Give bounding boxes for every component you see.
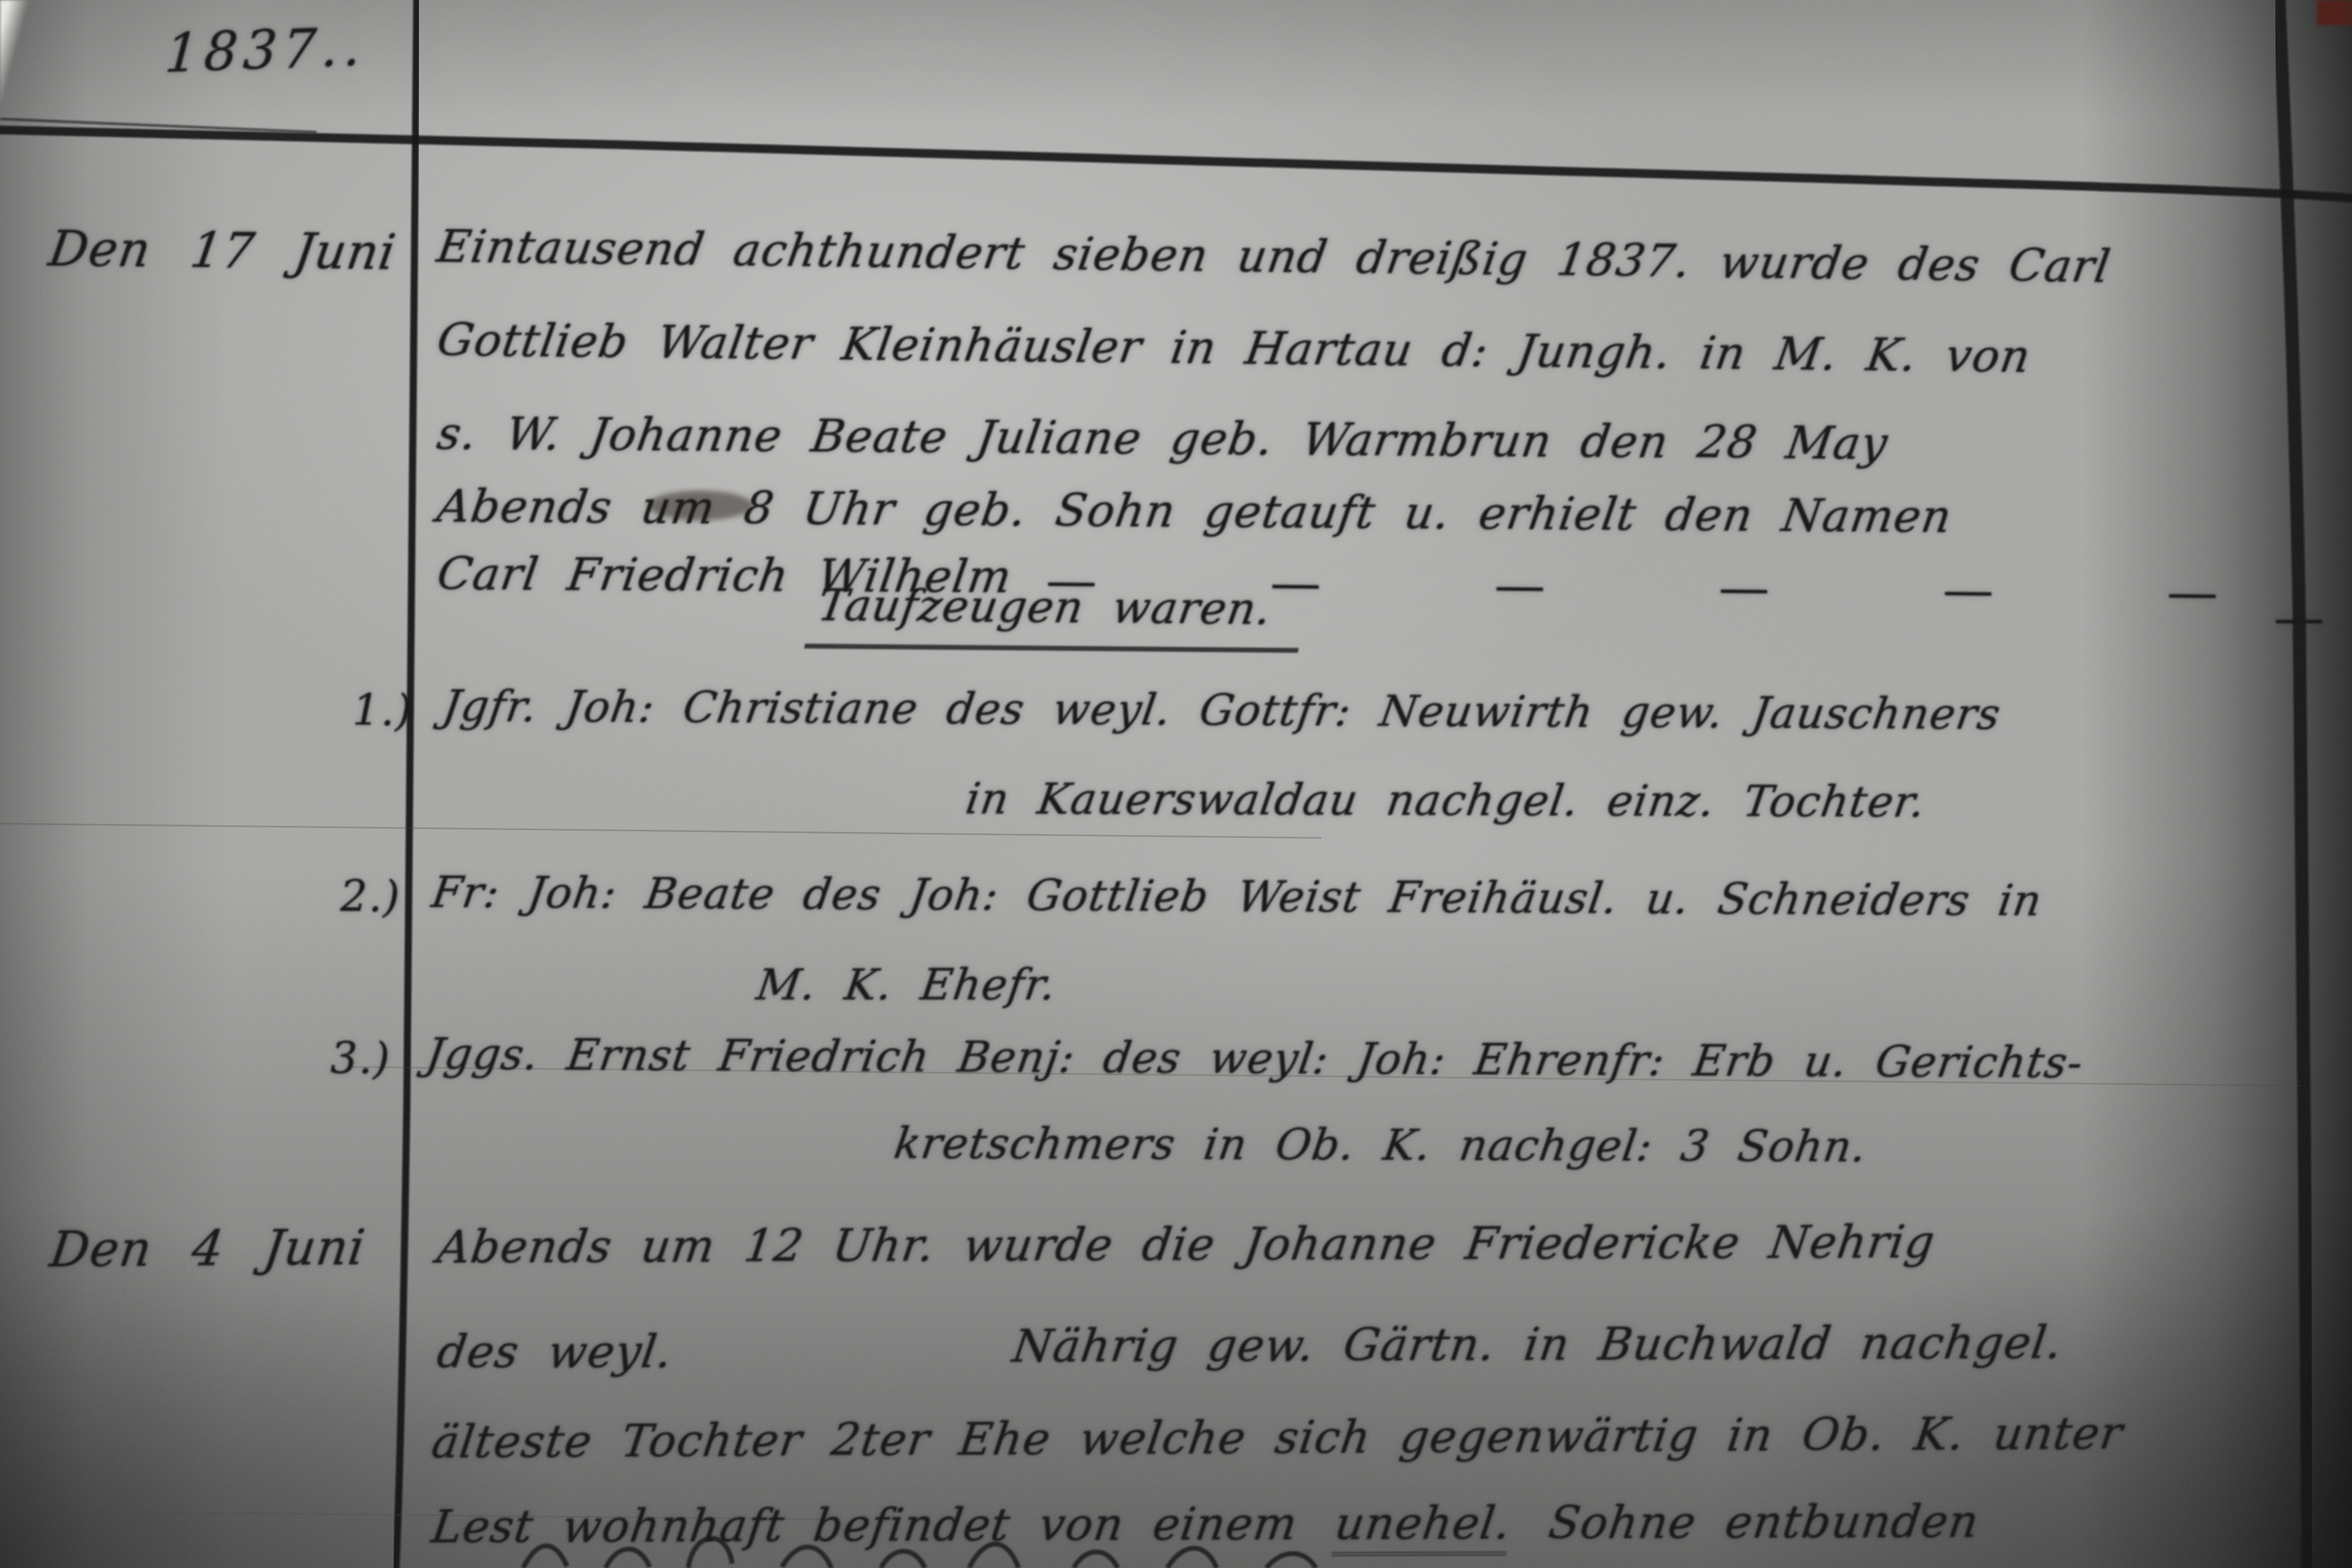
column-divider-rule <box>396 0 417 1568</box>
year-heading: 1837.. <box>163 16 368 85</box>
witness2-line1: Fr: Joh: Beate des Joh: Gottlieb Weist F… <box>428 868 2045 925</box>
witness3-line2: kretschmers in Ob. K. nachgel: 3 Sohn. <box>891 1119 1870 1172</box>
entry2-line4-post: Sohne entbunden <box>1545 1495 1983 1549</box>
entry2-line4-underlined-word: unehel. <box>1331 1497 1515 1556</box>
entry2-line3: älteste Tochter 2ter Ehe welche sich geg… <box>429 1407 2126 1468</box>
register-page-photo: 1837.. Den 17 Juni Eintausend achthunder… <box>0 0 2352 1568</box>
faint-guide-line <box>0 824 1321 838</box>
entry1-line2: Gottlieb Walter Kleinhäusler in Hartau d… <box>434 314 2034 383</box>
witness1-number: 1.) <box>352 686 413 736</box>
entry2-line2-right: Nährig gew. Gärtn. in Buchwald nachgel. <box>1009 1316 2066 1373</box>
entry1-lone-dash: — <box>2274 588 2324 647</box>
entry2-line4: Lest wohnhaft befindet von einem unehel.… <box>428 1495 1982 1553</box>
entry2-line4-pre: Lest wohnhaft befindet von einem <box>428 1498 1300 1553</box>
corner-light-sliver <box>0 0 39 127</box>
witness3-number: 3.) <box>330 1034 391 1084</box>
entry2-date: Den 4 Juni <box>47 1219 369 1278</box>
top-rule-thin <box>0 119 317 132</box>
entry2-line1: Abends um 12 Uhr. wurde die Johanne Frie… <box>434 1216 1938 1273</box>
witness2-line2: M. K. Ehefr. <box>754 960 1060 1010</box>
top-rule <box>0 130 2351 198</box>
witness3-line1: Jggs. Ernst Friedrich Benj: des weyl: Jo… <box>423 1030 2086 1088</box>
witness2-number: 2.) <box>340 872 401 922</box>
witness1-line2: in Kauerswaldau nachgel. einz. Tochter. <box>963 774 1929 827</box>
entry1-line3: s. W. Johanne Beate Juliane geb. Warmbru… <box>434 407 1892 470</box>
witnesses-heading: Taufzeugen waren. <box>804 579 1308 653</box>
entry1-line1: Eintausend achthundert sieben und dreißi… <box>434 220 2114 293</box>
witnesses-heading-text: Taufzeugen waren. <box>804 579 1308 653</box>
right-margin-rule <box>2279 0 2309 1568</box>
entry1-line4: Abends um 8 Uhr geb. Sohn getauft u. erh… <box>434 480 1956 543</box>
entry1-date: Den 17 Juni <box>45 220 400 280</box>
entry2-line2-left: des weyl. <box>434 1326 676 1378</box>
witness1-line1: Jgfr. Joh: Christiane des weyl. Gottfr: … <box>439 682 2004 739</box>
red-corner-mark <box>2317 0 2352 25</box>
